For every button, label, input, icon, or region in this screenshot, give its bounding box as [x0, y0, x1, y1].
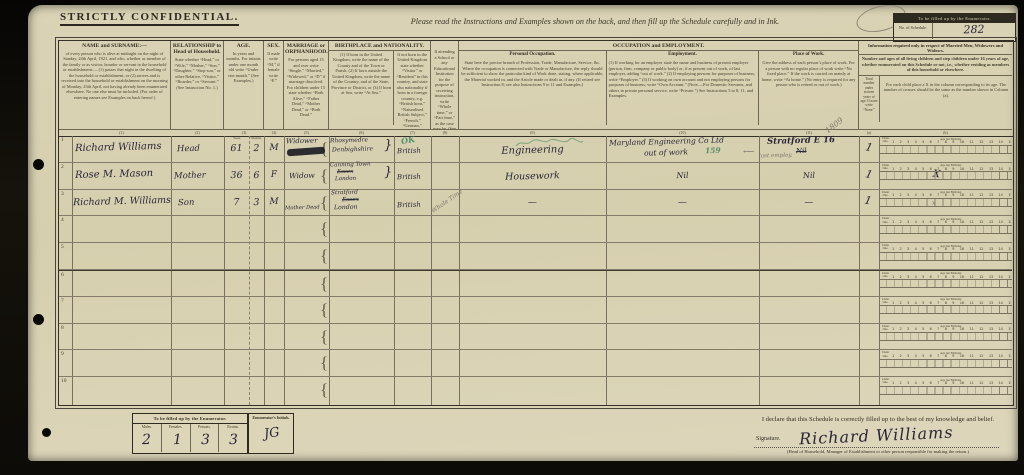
place-of-work-line: Nil	[796, 147, 807, 155]
marriage-entry: Widower	[286, 137, 318, 146]
marriage-entry: Widow	[289, 170, 315, 180]
header-marriage: MARRIAGE or ORPHANHOOD. For persons aged…	[284, 41, 329, 129]
table-row: 3 { Richard M. Williams Son 7 3 M Mother…	[59, 190, 1012, 217]
table-row: 7 { Under One.Age last Birthday.1 2 3 4 …	[59, 297, 1012, 324]
header-sex: SEX. If male write “M,” if female write …	[264, 41, 284, 129]
signature-label: Signature.	[756, 436, 781, 442]
printed-brace: {	[320, 351, 328, 375]
table-row: 2 { Rose M. Mason Mother 36 6 F Widow Ca…	[59, 163, 1012, 190]
printed-brace: {	[320, 298, 328, 322]
enumerator-initials: JG	[263, 425, 281, 442]
table-row: 8 { Under One.Age last Birthday.1 2 3 4 …	[59, 324, 1012, 351]
birthplace-line: London	[335, 176, 356, 183]
children-age-grid: Under One.Age last Birthday.1 2 3 4 5 6 …	[879, 377, 1012, 404]
name-entry: Richard Williams	[75, 141, 162, 154]
pencil-arrow: ⟵	[743, 147, 755, 156]
sex-entry: M	[264, 196, 284, 207]
persons-value: 3	[200, 432, 209, 448]
header-children-grid: For each child place a X in the column c…	[879, 76, 1012, 122]
printed-brace: {	[320, 378, 328, 402]
occupation-entry: Engineering	[459, 143, 606, 158]
children-age-grid: Under One.Age last Birthday.1 2 3 4 5 6 …	[879, 243, 1012, 269]
total-children-entry: 1	[858, 192, 878, 208]
header-nationality-body: If not born in the United Kingdom state …	[393, 51, 430, 125]
marriage-entry: Mother Dead	[285, 204, 320, 211]
place-of-work-line: Nil	[759, 169, 859, 181]
birthplace-line: Essex	[342, 196, 359, 202]
rooms-value: 3	[229, 432, 238, 448]
enumerator-box-title: To be filled up by the Enumerator.	[133, 414, 247, 424]
printed-brace: {	[320, 217, 328, 241]
birthplace-line: Essex	[337, 169, 353, 175]
header-place-of-work: Place of Work. Give the address of each …	[758, 51, 858, 125]
total-children-entry: 1	[859, 139, 880, 156]
header-birthplace-body: (1) If born in the United Kingdom, write…	[329, 51, 393, 125]
name-entry: Richard M. Williams	[73, 194, 171, 208]
census-schedule-page: STRICTLY CONFIDENTIAL. Please read the I…	[0, 0, 1024, 475]
birthplace-line: Rhosymedre	[330, 137, 368, 145]
children-age-grid: Under One. Age last Birthday. 1 2 3 4 5 …	[879, 163, 1012, 189]
age-years-entry: 36	[224, 169, 249, 181]
employment-line: —	[606, 196, 759, 210]
persons-cell: Persons. 3	[191, 424, 220, 452]
children-age-grid: Under One. Age last Birthday. 1 2 3 4 5 …	[879, 136, 1012, 162]
rooms-cell: Rooms. 3	[219, 424, 247, 452]
birthplace-line: Canning Town	[330, 161, 371, 168]
signature-handwriting: Richard Williams	[799, 423, 954, 449]
enumerator-initials-box: Enumerator’s Initials. JG	[248, 413, 294, 454]
header-name-surname: NAME and SURNAME:— of every person who i…	[59, 41, 171, 129]
schedule-table: NAME and SURNAME:— of every person who i…	[58, 40, 1014, 406]
table-row: 1 { Years. Months. Richard Williams Head…	[59, 136, 1012, 163]
header-age: AGE. In years and months. For infants un…	[224, 41, 264, 129]
table-row: 4 { Under One.Age last Birthday.1 2 3 4 …	[59, 216, 1012, 243]
name-entry: Rose M. Mason	[75, 168, 153, 181]
age-years-entry: 61	[224, 143, 249, 155]
checker-ok-mark: OK	[400, 134, 415, 146]
header-children-total: Total number under sixteen years of age.…	[859, 76, 879, 122]
header-education: If attending a School or any Educational…	[431, 41, 459, 129]
declaration-note: (Head of Household, Manager of Establish…	[742, 449, 1014, 454]
children-age-grid: Under One. Age last Birthday. 1 2 3 4 5 …	[879, 190, 1012, 216]
nationality-entry: British	[397, 147, 421, 156]
children-age-grid: Under One.Age last Birthday.1 2 3 4 5 6 …	[879, 216, 1012, 242]
printed-brace: {	[320, 244, 328, 268]
age-months-entry: 3	[249, 196, 264, 207]
place-of-work-line: Stratford E 16	[767, 135, 835, 147]
enumerator-summary-box: To be filled up by the Enumerator. Males…	[132, 413, 248, 454]
header-birthplace-nationality: BIRTHPLACE and NATIONALITY. (1) If born …	[329, 41, 431, 129]
relationship-entry: Mother	[174, 170, 206, 181]
pencil-note: last employ.	[759, 153, 793, 160]
age-months-entry: 2	[249, 143, 264, 154]
punch-hole	[42, 428, 51, 437]
checker-code: 159	[705, 146, 721, 155]
printed-brace: {	[320, 325, 328, 349]
table-row: 9 { Under One.Age last Birthday.1 2 3 4 …	[59, 350, 1012, 377]
table-row: 5 { Under One.Age last Birthday.1 2 3 4 …	[59, 243, 1012, 270]
nationality-entry: British	[397, 172, 421, 181]
header-children: Information required only in respect of …	[859, 41, 1012, 129]
header-personal-occupation: Personal Occupation. State here the prec…	[459, 51, 606, 125]
total-children-entry: 1	[859, 166, 880, 183]
relationship-entry: Head	[177, 144, 200, 155]
declaration-block: I declare that this Schedule is correctl…	[742, 416, 1014, 454]
header-relationship: RELATIONSHIP to Head of Household. State…	[171, 41, 224, 129]
birthplace-line: London	[334, 203, 358, 211]
punch-hole	[33, 314, 44, 325]
birthplace-line: Denbighshire	[332, 145, 373, 153]
header-occupation-employment: OCCUPATION and EMPLOYMENT. Personal Occu…	[459, 41, 859, 129]
printed-brace: {	[320, 272, 328, 296]
table-body: 1 { Years. Months. Richard Williams Head…	[59, 136, 1012, 405]
occupation-entry: —	[459, 196, 606, 210]
employment-line: out of work	[644, 147, 688, 157]
females-cell: Females. 1	[162, 424, 191, 452]
header-employment: Employment. (1) If working for an employ…	[606, 51, 759, 125]
females-value: 1	[173, 432, 182, 448]
nationality-entry: British	[397, 200, 421, 209]
schedule-number-box: To be filled up by the Enumerator. No. o…	[893, 13, 1016, 42]
age-months-entry: 6	[249, 170, 264, 181]
schedule-no-label: No. of Schedule.	[894, 23, 933, 39]
children-age-grid: Under One.Age last Birthday.1 2 3 4 5 6 …	[879, 297, 1012, 323]
children-age-grid: Under One.Age last Birthday.1 2 3 4 5 6 …	[879, 324, 1012, 350]
handwritten-brace: }	[384, 138, 393, 153]
sex-entry: F	[264, 170, 284, 181]
declaration-text: I declare that this Schedule is correctl…	[742, 416, 1014, 424]
children-age-grid: Under One.Age last Birthday.1 2 3 4 5 6 …	[879, 271, 1012, 296]
handwritten-brace: }	[384, 165, 393, 180]
relationship-entry: Son	[178, 197, 195, 207]
place-of-work-line: —	[759, 196, 859, 209]
printed-brace: {	[320, 191, 328, 215]
children-age-grid: Under One.Age last Birthday.1 2 3 4 5 6 …	[879, 350, 1012, 376]
schedule-no-value: 282	[933, 22, 1016, 41]
table-row: 6 { Under One.Age last Birthday.1 2 3 4 …	[59, 270, 1012, 297]
table-row: 10 { Under One.Age last Birthday.1 2 3 4…	[59, 377, 1012, 404]
punch-hole	[33, 159, 44, 170]
confidential-heading: STRICTLY CONFIDENTIAL.	[60, 11, 239, 26]
age-years-entry: 7	[224, 196, 249, 208]
signature-row: Signature. Richard Williams	[754, 427, 999, 448]
employment-line: Nil	[606, 169, 759, 182]
birthplace-line: Stratford	[331, 189, 358, 196]
males-value: 2	[142, 432, 151, 448]
printed-brace: {	[320, 164, 328, 188]
males-cell: Males. 2	[133, 424, 162, 452]
table-header: NAME and SURNAME:— of every person who i…	[59, 41, 1013, 137]
fill-in-ink-instruction: Please read the Instructions and Example…	[345, 17, 845, 26]
occupation-entry: Housework	[459, 169, 606, 184]
sex-entry: M	[264, 143, 284, 154]
